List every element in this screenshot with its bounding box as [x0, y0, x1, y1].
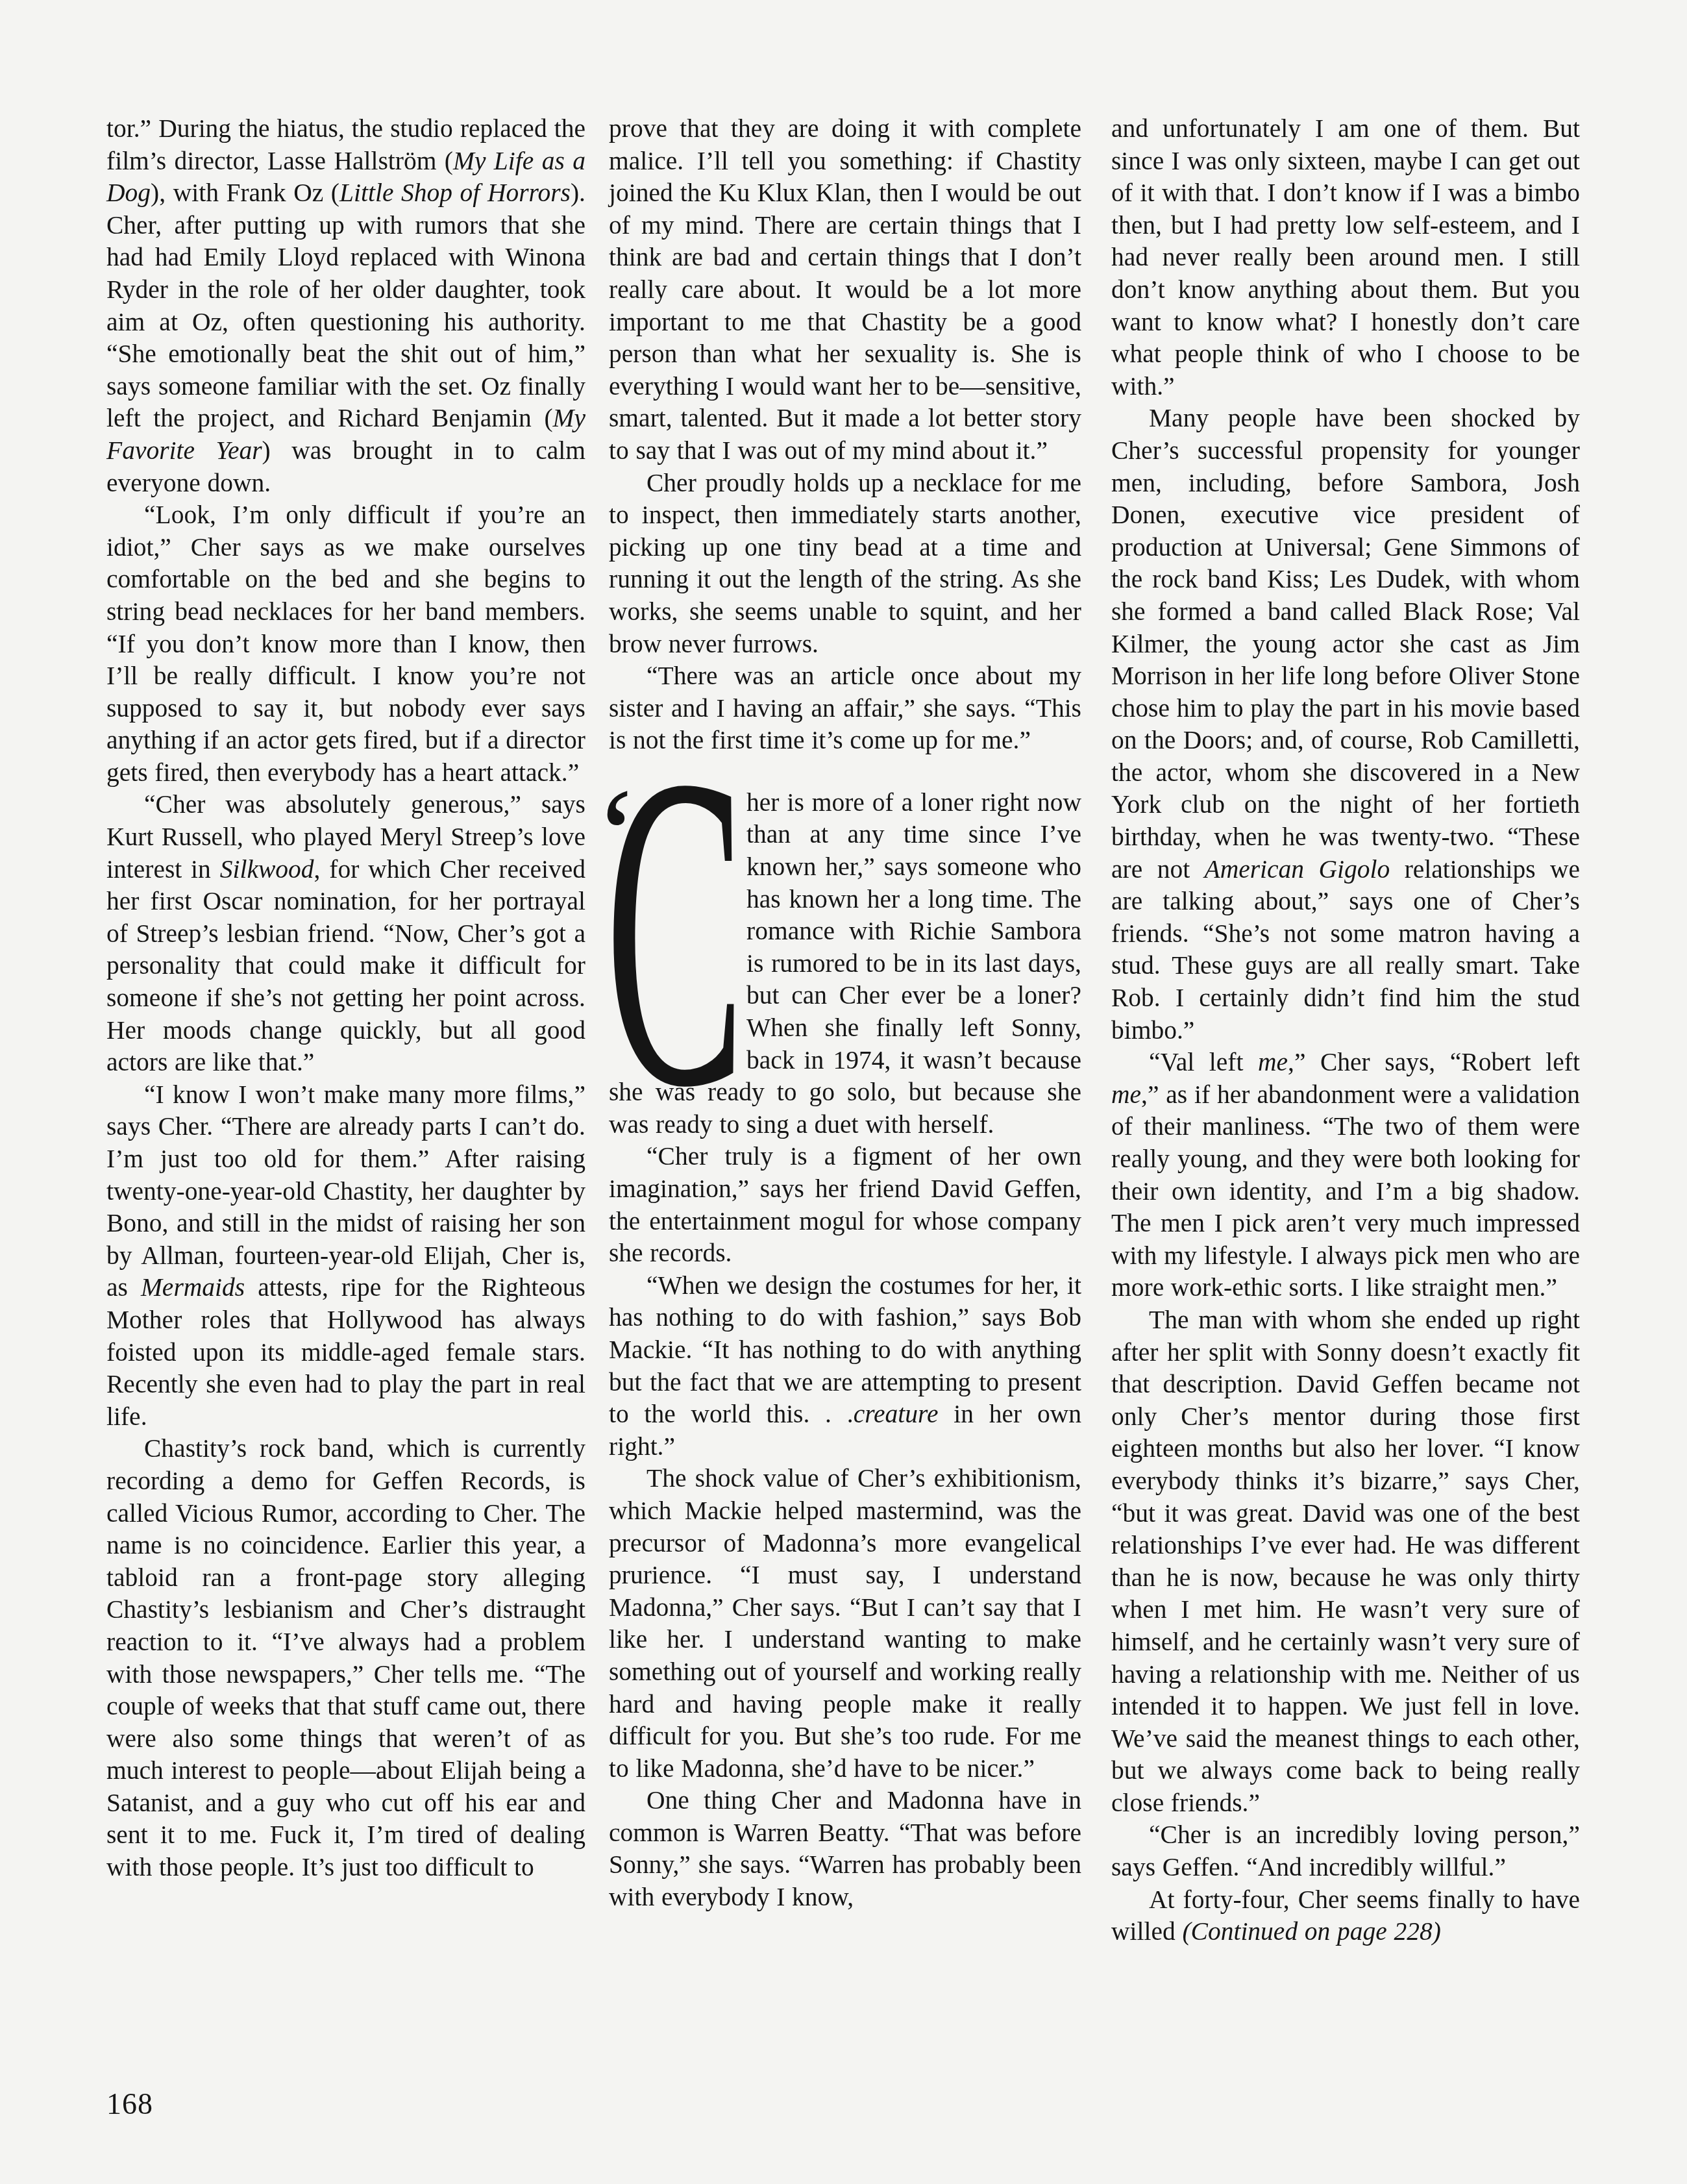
- paragraph: and unfortunately I am one of them. But …: [1111, 113, 1580, 403]
- paragraph: One thing Cher and Madonna have in commo…: [609, 1785, 1081, 1913]
- paragraph: “Val left me,” Cher says, “Robert left m…: [1111, 1047, 1580, 1304]
- page-number: 168: [106, 2089, 153, 2119]
- paragraph: “When we design the costumes for her, it…: [609, 1270, 1081, 1463]
- paragraph: At forty-four, Cher seems finally to hav…: [1111, 1884, 1580, 1948]
- text-column-2: prove that they are doing it with comple…: [609, 113, 1081, 1914]
- paragraph: “I know I won’t make many more films,” s…: [106, 1079, 585, 1433]
- paragraph: Cher proudly holds up a necklace for me …: [609, 467, 1081, 661]
- text-column-3: and unfortunately I am one of them. But …: [1111, 113, 1580, 1948]
- paragraph: prove that they are doing it with comple…: [609, 113, 1081, 467]
- paragraph: The man with whom she ended up right aft…: [1111, 1304, 1580, 1820]
- paragraph: ‘Cher is more of a loner right now than …: [609, 787, 1081, 1141]
- paragraph: “Cher was absolutely generous,” says Kur…: [106, 789, 585, 1078]
- paragraph: Many people have been shocked by Cher’s …: [1111, 403, 1580, 1047]
- magazine-page: tor.” During the hiatus, the studio repl…: [0, 0, 1687, 2184]
- paragraph: tor.” During the hiatus, the studio repl…: [106, 113, 585, 499]
- paragraph: “Cher is an incredibly loving person,” s…: [1111, 1819, 1580, 1883]
- text-column-1: tor.” During the hiatus, the studio repl…: [106, 113, 585, 1884]
- paragraph: Chastity’s rock band, which is currently…: [106, 1433, 585, 1883]
- paragraph: “Look, I’m only difficult if you’re an i…: [106, 499, 585, 789]
- drop-cap-letter: C: [605, 708, 745, 1156]
- paragraph: The shock value of Cher’s exhibitionism,…: [609, 1463, 1081, 1785]
- drop-cap: ‘C: [609, 787, 746, 1047]
